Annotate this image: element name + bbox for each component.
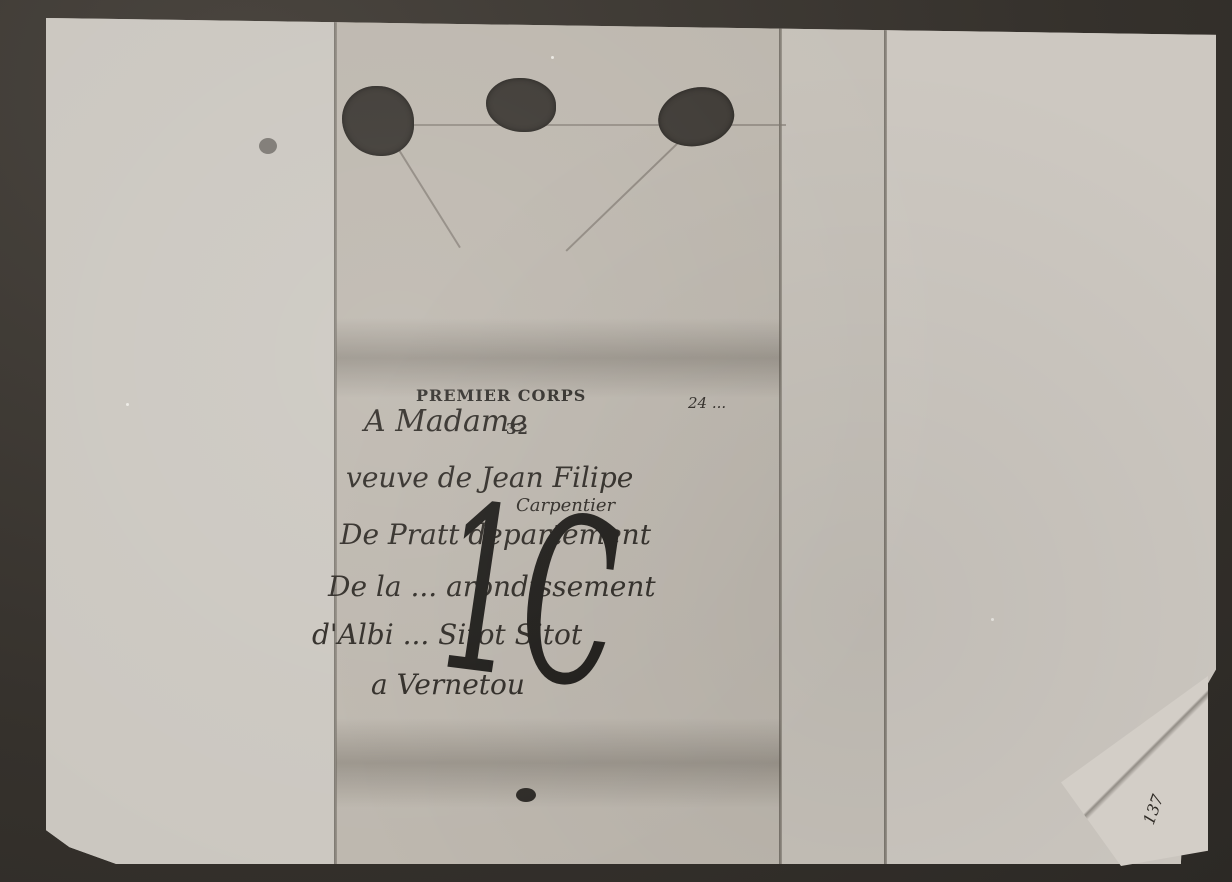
- flap-edge-left: [385, 128, 460, 248]
- flap-edge-right: [565, 132, 688, 251]
- wax-seal-right: [651, 78, 741, 157]
- postal-stamp-number: 32: [506, 420, 529, 438]
- wax-seal-center: [486, 78, 556, 132]
- stain-band-lower: [336, 718, 781, 808]
- letter-sheet: PREMIER CORPS 32 24 ... A Madame veuve d…: [46, 18, 1216, 864]
- fold-line-center: [779, 18, 782, 864]
- horizontal-crease: [346, 124, 786, 126]
- photograph-background: PREMIER CORPS 32 24 ... A Madame veuve d…: [0, 0, 1232, 882]
- address-line-6: d'Albi ... Sitot Sitot: [312, 618, 582, 651]
- address-line-7: a Vernetou: [371, 668, 525, 701]
- fold-line-right: [884, 18, 887, 864]
- stain-band-upper: [336, 318, 781, 398]
- address-line-5: De la ... arondissement: [328, 570, 656, 603]
- dust-speck: [551, 56, 554, 59]
- address-line-1: A Madame: [364, 404, 527, 439]
- wax-seal-left: [342, 86, 414, 156]
- postal-stamp-line1: PREMIER CORPS: [416, 386, 586, 405]
- dust-speck: [991, 618, 994, 621]
- left-flap: [46, 18, 336, 864]
- dust-speck: [126, 403, 129, 406]
- middle-fold-strip: [781, 18, 886, 864]
- date-note: 24 ...: [688, 394, 726, 412]
- ink-spot: [259, 138, 277, 154]
- postal-rate-mark: 1C: [437, 473, 623, 725]
- address-panel: [336, 18, 781, 864]
- ink-spot: [516, 788, 536, 802]
- fold-line-left: [334, 18, 337, 864]
- address-line-3: Carpentier: [516, 495, 615, 516]
- address-line-4: De Pratt departement: [340, 518, 651, 551]
- address-line-2: veuve de Jean Filipe: [346, 461, 633, 494]
